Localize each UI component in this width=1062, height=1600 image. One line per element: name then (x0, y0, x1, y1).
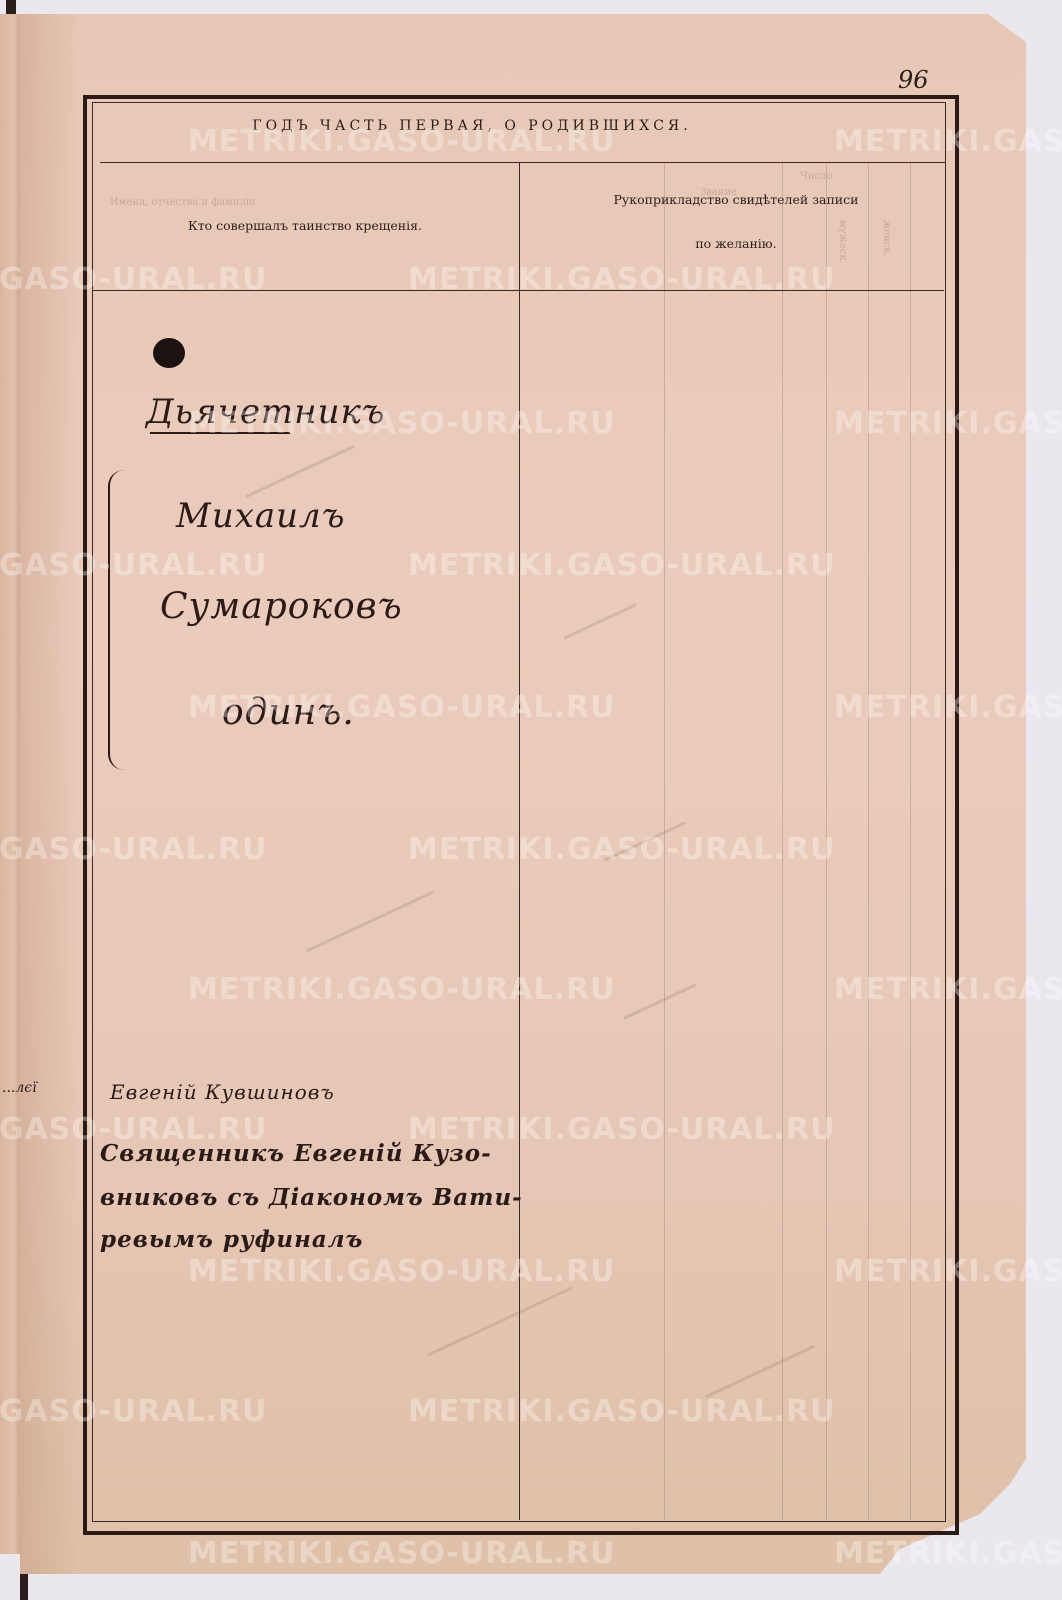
watermark: METRIKI.GASO-URAL.RU (408, 1394, 836, 1429)
watermark: METRIKI.GASO-URAL.RU (408, 832, 836, 867)
watermark: METRIKI.GASO-URAL.RU (408, 1112, 836, 1147)
signature-2-line2: вниковъ съ Діакономъ Вати- (100, 1184, 523, 1211)
column-header-witnesses-line2: по желанію. (526, 236, 946, 251)
page-number: 96 (898, 66, 929, 94)
watermark: METRIKI.GASO-URAL.RU (834, 1536, 1062, 1571)
watermark: METRIKI.GASO-URAL.RU (834, 1254, 1062, 1289)
watermark: METRIKI.GASO-URAL.RU (834, 972, 1062, 1007)
watermark: METRIKI.GASO-URAL.RU (188, 1536, 616, 1571)
faint-divider-5 (910, 162, 911, 1520)
binding-top (6, 0, 16, 14)
faint-header-1: Имена, отчества и фамиліи (110, 196, 256, 209)
watermark: METRIKI.GASO-URAL.RU (408, 262, 836, 297)
watermark: METRIKI.GASO-URAL.RU (408, 548, 836, 583)
watermark: METRIKI.GASO-URAL.RU (188, 690, 616, 725)
watermark: METRIKI.GASO-URAL.RU (188, 972, 616, 1007)
signature-1: Евгеній Кувшиновъ (110, 1080, 335, 1104)
watermark: METRIKI.GASO-URAL.RU (0, 262, 268, 297)
watermark: METRIKI.GASO-URAL.RU (0, 832, 268, 867)
watermark: METRIKI.GASO-URAL.RU (188, 1254, 616, 1289)
watermark: METRIKI.GASO-URAL.RU (834, 690, 1062, 725)
header-top-rule (100, 162, 946, 163)
bracket-mark (108, 470, 124, 770)
left-page-edge (0, 14, 22, 1554)
watermark: METRIKI.GASO-URAL.RU (0, 548, 268, 583)
watermark: METRIKI.GASO-URAL.RU (834, 406, 1062, 441)
watermark: METRIKI.GASO-URAL.RU (834, 124, 1062, 159)
faint-divider-4 (868, 162, 869, 1520)
column-header-officiant: Кто совершалъ таинство крещенія. (100, 218, 510, 233)
ink-blot (153, 338, 185, 368)
watermark: METRIKI.GASO-URAL.RU (188, 406, 616, 441)
officiant-surname: Сумароковъ (160, 586, 403, 627)
watermark: METRIKI.GASO-URAL.RU (0, 1394, 268, 1429)
margin-note-left: ...лєї (2, 1080, 37, 1096)
officiant-first-name: Михаилъ (176, 496, 345, 536)
column-header-witnesses-line1: Рукоприкладство свидѣтелей записи (526, 192, 946, 207)
watermark: METRIKI.GASO-URAL.RU (188, 124, 616, 159)
faint-header-3: Число (800, 170, 832, 183)
watermark: METRIKI.GASO-URAL.RU (0, 1112, 268, 1147)
signature-2-line3: ревымъ руфиналъ (100, 1226, 363, 1253)
binding-bottom (20, 1574, 28, 1600)
